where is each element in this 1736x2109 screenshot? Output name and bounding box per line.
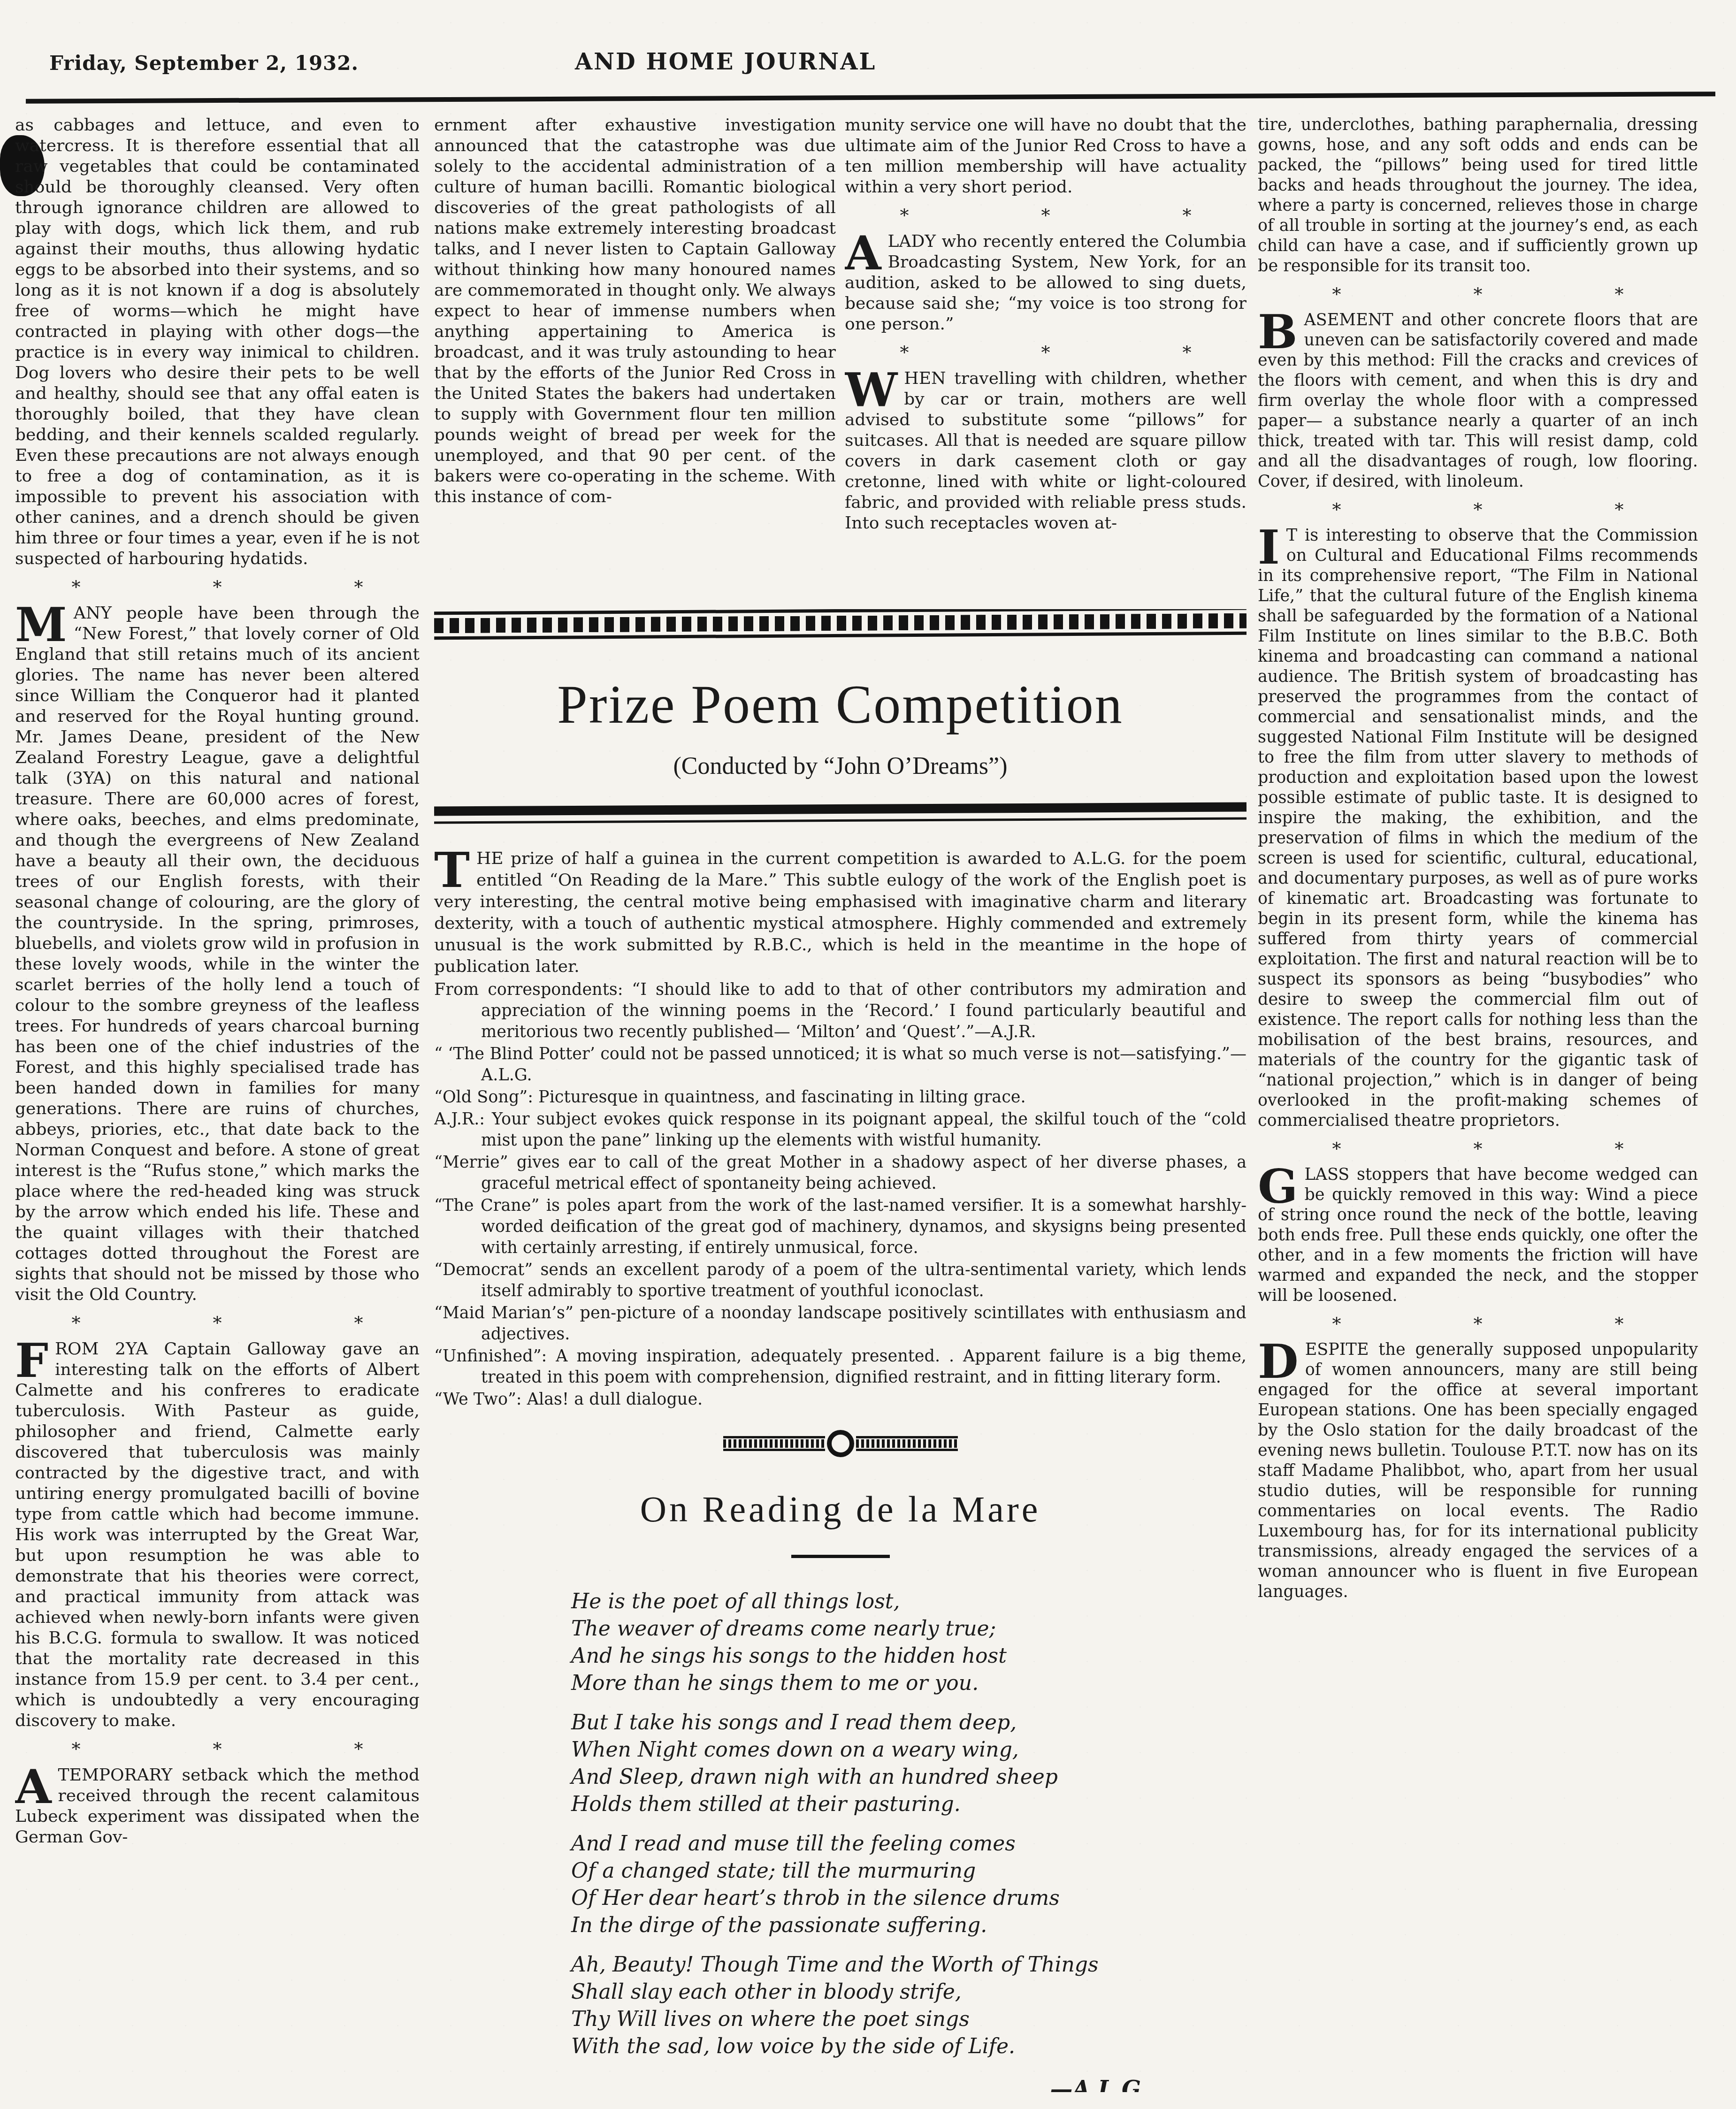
paragraph-text: ernment after exhaustive investigation a… [434, 115, 836, 506]
ornament-bar [723, 1436, 825, 1451]
poem-line: And he sings his songs to the hidden hos… [571, 1643, 1247, 1670]
drop-cap: D [1258, 1343, 1299, 1380]
poem-line: Shall slay each other in bloody strife, [571, 1979, 1247, 2006]
poem-line: But I take his songs and I read them dee… [571, 1709, 1247, 1736]
issue-date: Friday, September 2, 1932. [49, 52, 359, 75]
correspondent-comment: “Maid Marian’s” pen-picture of a noonday… [434, 1303, 1247, 1345]
correspondents-intro: From correspondents: “I should like to a… [434, 979, 1247, 1043]
paragraph-text: HEN travelling with children, whether by… [845, 369, 1247, 533]
poem-line: Of Her dear heart’s throb in the silence… [571, 1885, 1247, 1912]
article-paragraph: IT is interesting to observe that the Co… [1258, 526, 1698, 1131]
ornament-divider [723, 1430, 958, 1457]
drop-cap: G [1258, 1168, 1298, 1205]
article-paragraph: ernment after exhaustive investigation a… [434, 115, 836, 507]
panel-subtitle: (Conducted by “John O’Dreams”) [434, 752, 1247, 780]
correspondent-comment: “Democrat” sends an excellent parody of … [434, 1260, 1247, 1302]
section-separator: * * * [1258, 1314, 1698, 1334]
header-rule [26, 92, 1715, 104]
section-separator: * * * [1258, 284, 1698, 305]
correspondent-comment: “The Crane” is poles apart from the work… [434, 1195, 1247, 1259]
poem-title: On Reading de la Mare [434, 1488, 1247, 1530]
section-separator: * * * [15, 1313, 420, 1333]
paragraph-text: ESPITE the generally supposed unpopulari… [1258, 1340, 1698, 1601]
article-paragraph: tire, underclothes, bathing paraphernali… [1258, 115, 1698, 276]
paragraph-text: ANY people have been through the “New Fo… [15, 604, 420, 1304]
column-3: munity service one will have no doubt th… [845, 115, 1247, 603]
article-paragraph: munity service one will have no doubt th… [845, 115, 1247, 198]
section-separator: * * * [845, 205, 1247, 226]
poem-line: The weaver of dreams come nearly true; [571, 1615, 1247, 1643]
poem-signature: —A.L.G. [434, 2076, 1148, 2092]
drop-cap: M [15, 606, 67, 643]
correspondent-comment: “Old Song”: Picturesque in quaintness, a… [434, 1087, 1247, 1108]
poem-line: Ah, Beauty! Though Time and the Worth of… [571, 1951, 1247, 1979]
article-paragraph: ATEMPORARY setback which the method rece… [15, 1765, 420, 1848]
paragraph-text: TEMPORARY setback which the method recei… [15, 1765, 420, 1847]
panel-title: Prize Poem Competition [434, 674, 1247, 736]
article-paragraph: MANY people have been through the “New F… [15, 603, 420, 1305]
paragraph-text: ASEMENT and other concrete floors that a… [1258, 311, 1698, 491]
poem-line: With the sad, low voice by the side of L… [571, 2033, 1247, 2060]
paragraph-text: munity service one will have no doubt th… [845, 115, 1247, 197]
poem: He is the poet of all things lost, The w… [571, 1588, 1247, 2060]
article-paragraph: DESPITE the generally supposed unpopular… [1258, 1340, 1698, 1602]
drop-cap: T [434, 851, 470, 890]
correspondent-comment: “ ‘The Blind Potter’ could not be passed… [434, 1044, 1247, 1086]
section-separator: * * * [845, 342, 1247, 363]
drop-cap: A [15, 1768, 52, 1805]
correspondent-comment: “Unfinished”: A moving inspiration, adeq… [434, 1346, 1247, 1388]
poem-title-rule [791, 1555, 890, 1558]
article-paragraph: FROM 2YA Captain Galloway gave an intere… [15, 1339, 420, 1731]
poem-line: And Sleep, drawn nigh with an hundred sh… [571, 1764, 1247, 1791]
article-paragraph: as cabbages and lettuce, and even to wat… [15, 115, 420, 569]
section-separator: * * * [15, 577, 420, 597]
poem-line: Of a changed state; till the murmuring [571, 1857, 1247, 1885]
article-paragraph: BASEMENT and other concrete floors that … [1258, 310, 1698, 492]
correspondent-comment: “Merrie” gives ear to call of the great … [434, 1152, 1247, 1194]
ornament-ring-icon [827, 1430, 854, 1457]
paragraph-text: LASS stoppers that have become wedged ca… [1258, 1165, 1698, 1305]
poem-line: Thy Will lives on where the poet sings [571, 2006, 1247, 2033]
column-2: ernment after exhaustive investigation a… [434, 115, 836, 603]
masthead-title: AND HOME JOURNAL [575, 49, 876, 75]
section-separator: * * * [15, 1739, 420, 1759]
paragraph-text: tire, underclothes, bathing paraphernali… [1258, 115, 1698, 275]
section-separator: * * * [1258, 1139, 1698, 1159]
article-paragraph: WHEN travelling with children, whether b… [845, 368, 1247, 534]
thin-rule [434, 817, 1247, 824]
panel-intro-paragraph: THE prize of half a guinea in the curren… [434, 848, 1247, 978]
poem-line: More than he sings them to me or you. [571, 1670, 1247, 1697]
prize-poem-panel: Prize Poem Competition (Conducted by “Jo… [434, 609, 1247, 2092]
paragraph-text: HE prize of half a guinea in the current… [434, 849, 1247, 976]
drop-cap: F [15, 1342, 48, 1379]
article-paragraph: GLASS stoppers that have become wedged c… [1258, 1165, 1698, 1306]
thick-rule [434, 802, 1247, 816]
paragraph-text: as cabbages and lettuce, and even to wat… [15, 115, 420, 568]
drop-cap: A [845, 234, 881, 272]
drop-cap: W [845, 371, 897, 409]
paragraph-text: LADY who recently entered the Columbia B… [845, 232, 1247, 334]
column-1: as cabbages and lettuce, and even to wat… [15, 115, 420, 2100]
poem-line: And I read and muse till the feeling com… [571, 1830, 1247, 1857]
decorative-rule-top [434, 609, 1247, 640]
drop-cap: B [1258, 313, 1298, 351]
article-paragraph: ALADY who recently entered the Columbia … [845, 231, 1247, 335]
poem-line: He is the poet of all things lost, [571, 1588, 1247, 1615]
paragraph-text: T is interesting to observe that the Com… [1258, 526, 1698, 1130]
section-separator: * * * [1258, 499, 1698, 520]
poem-line: When Night comes down on a weary wing, [571, 1736, 1247, 1764]
drop-cap: I [1258, 528, 1280, 566]
paragraph-text: ROM 2YA Captain Galloway gave an interes… [15, 1339, 420, 1730]
correspondent-comment: “We Two”: Alas! a dull dialogue. [434, 1389, 1247, 1410]
correspondent-comment: A.J.R.: Your subject evokes quick respon… [434, 1109, 1247, 1151]
poem-line: Holds them stilled at their pasturing. [571, 1791, 1247, 1818]
ornament-bar [856, 1436, 958, 1451]
column-4: tire, underclothes, bathing paraphernali… [1258, 115, 1698, 2100]
poem-line: In the dirge of the passionate suffering… [571, 1912, 1247, 1939]
